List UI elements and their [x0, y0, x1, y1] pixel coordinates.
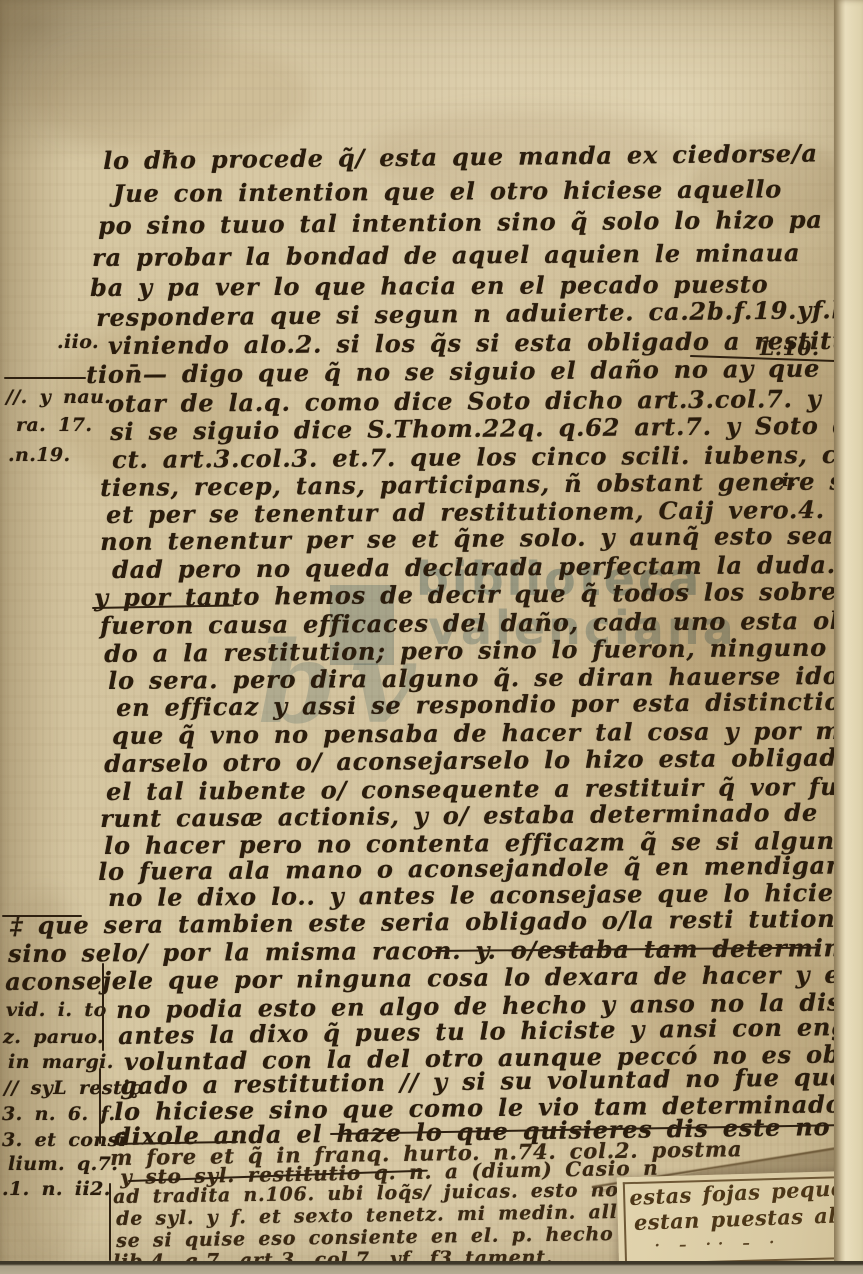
- watermark-logo-square: [330, 585, 394, 665]
- manuscript-scan: biblioteca valenciana bv lo dħo procede …: [0, 0, 863, 1274]
- margin-bracket-2: [99, 1068, 101, 1144]
- slip-note: · – ·· – · estas fojas pequeñasestan pue…: [617, 1171, 863, 1274]
- margin-bracket-3: [109, 1183, 111, 1261]
- scan-bottom-edge: [0, 1261, 863, 1274]
- page-right-edge: [834, 0, 863, 1274]
- margin-bracket-1: [102, 963, 104, 1051]
- slip-note-pen-marks: · – ·· – ·: [654, 1233, 781, 1255]
- margin-rule-mid: [2, 915, 82, 917]
- margin-rule-top: [4, 377, 86, 379]
- parchment-page: [0, 0, 863, 1274]
